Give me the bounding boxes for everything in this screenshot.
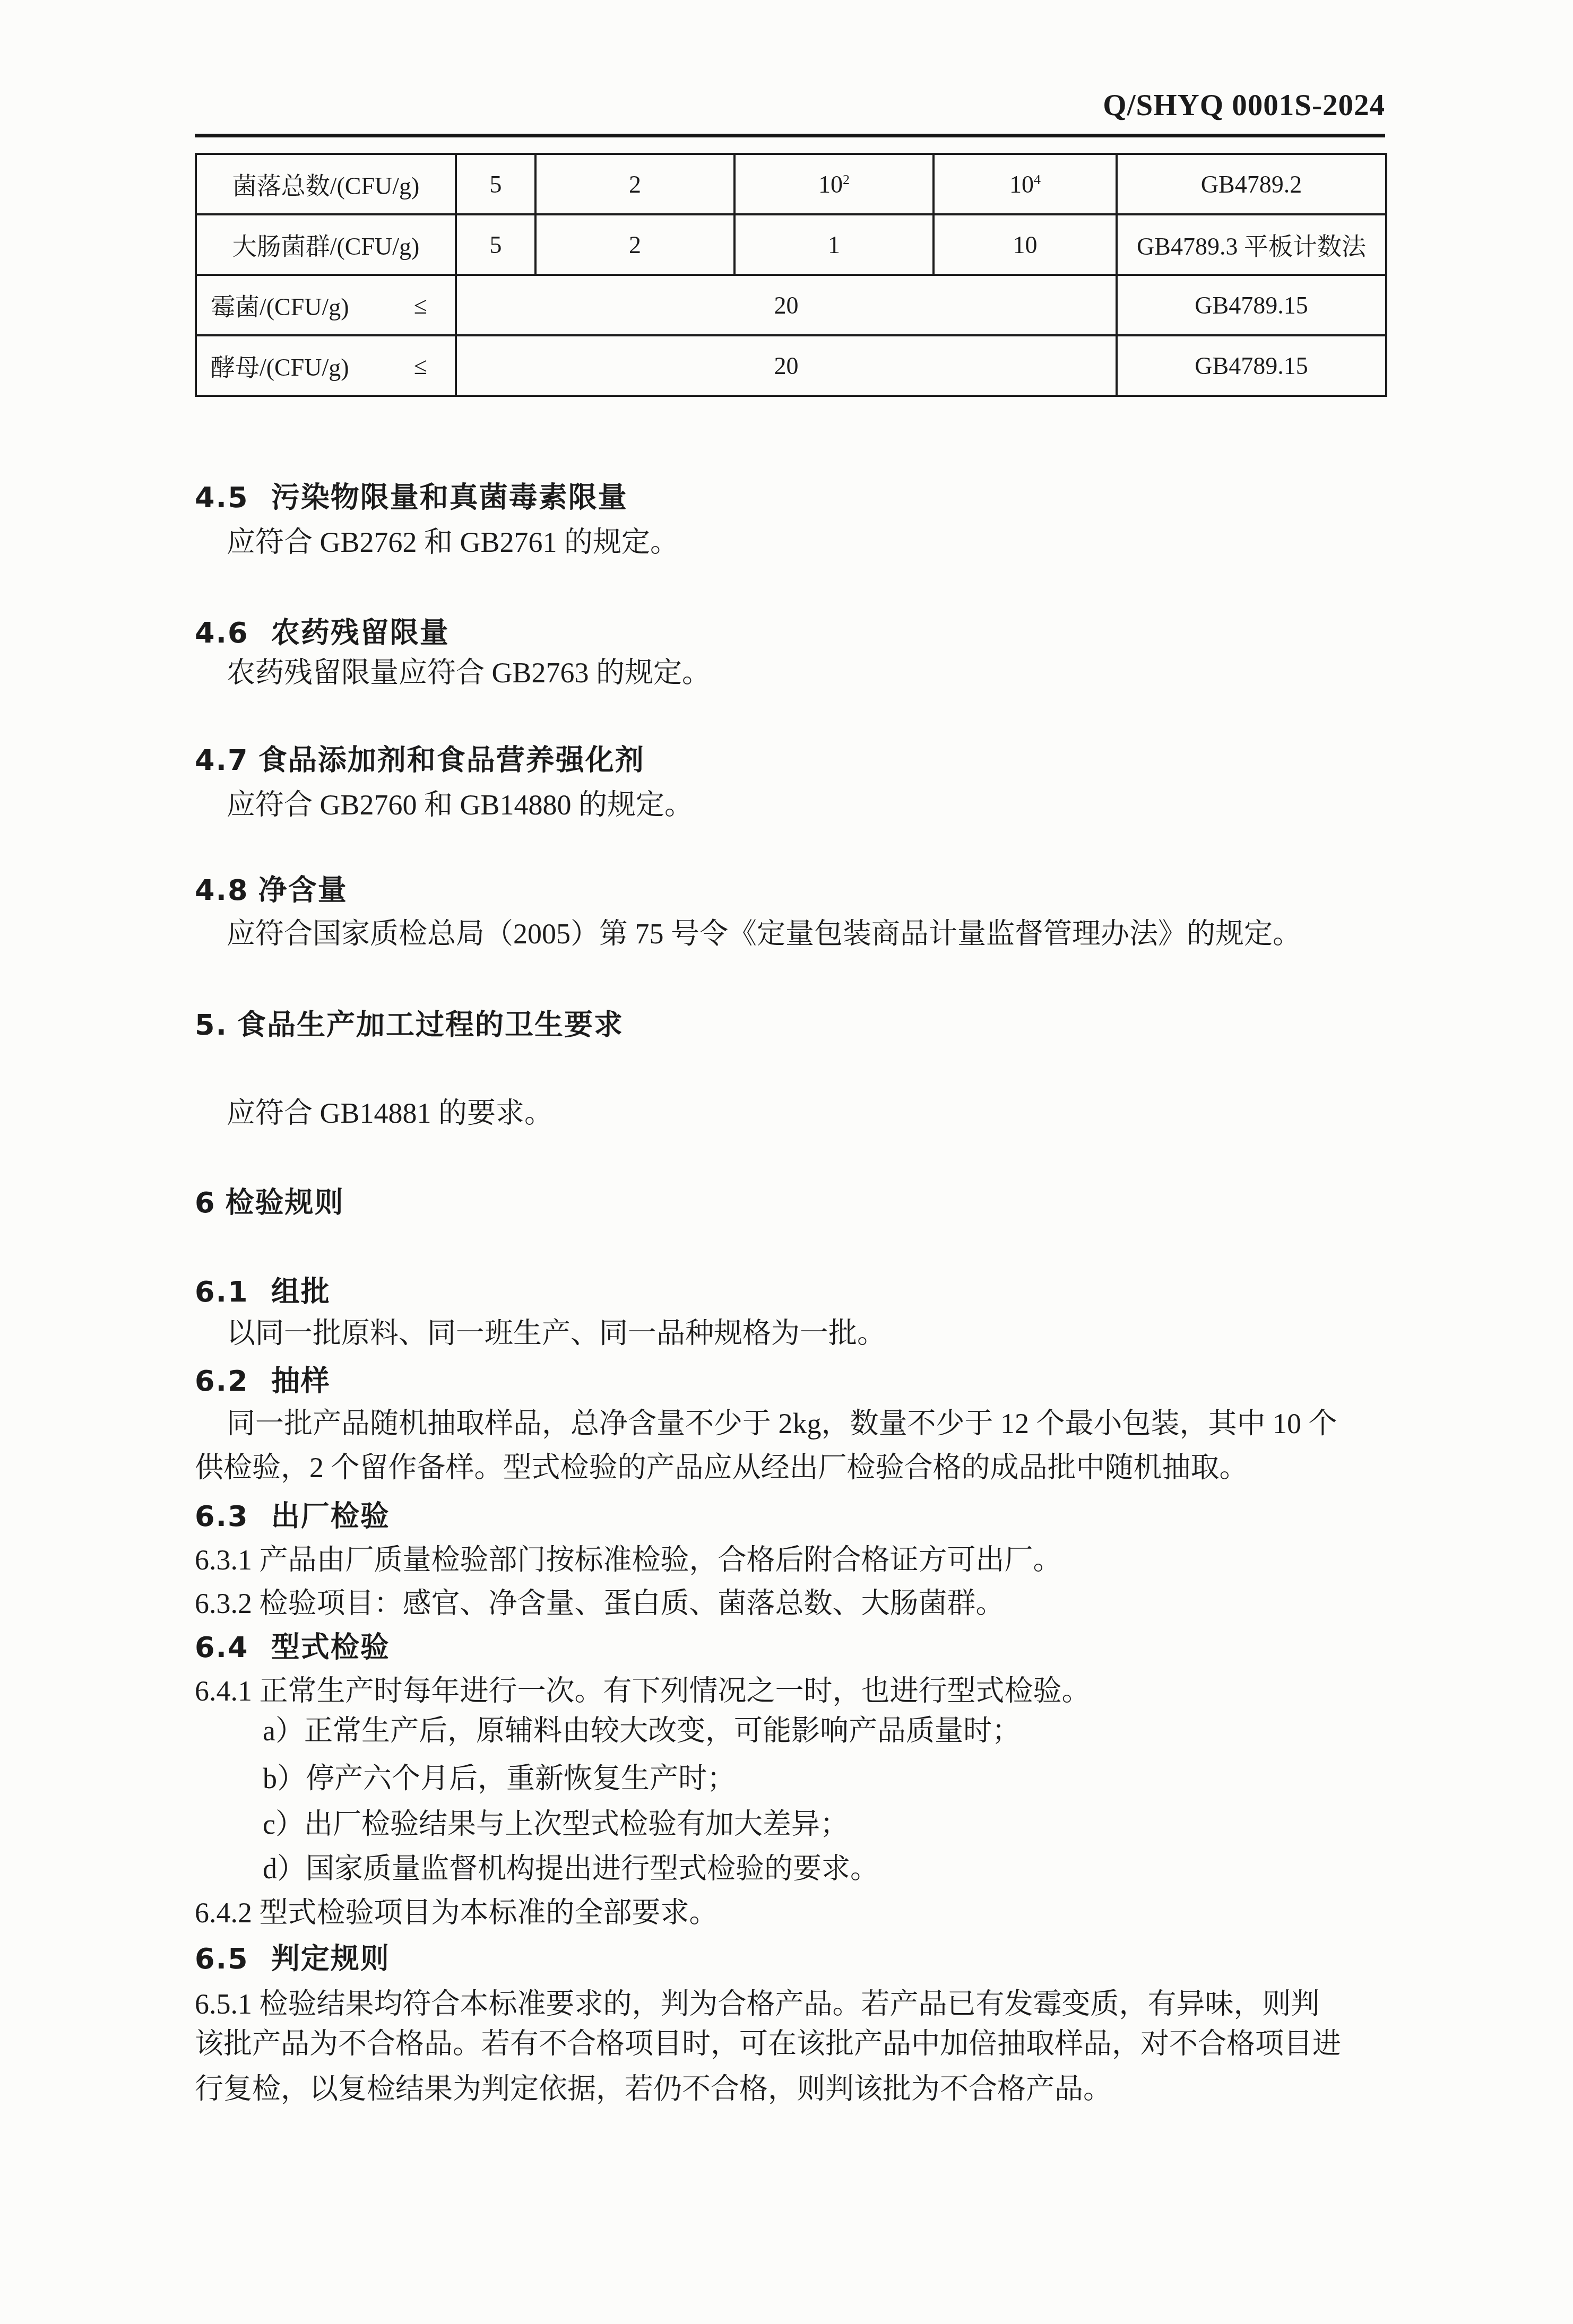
table-row-mold: 霉菌/(CFU/g) ≤ 20 GB4789.15 (196, 275, 1386, 335)
item-name: 霉菌/(CFU/g) (211, 288, 349, 323)
M-base: 10 (1009, 171, 1034, 198)
clause-6-5-1-line2: 该批产品为不合格品。若有不合格项目时，可在该批产品中加倍抽取样品，对不合格项目进 (195, 2022, 1341, 2066)
section-4-5-heading: 4.5污染物限量和真菌毒素限量 (195, 475, 628, 520)
table-row-yeast: 酵母/(CFU/g) ≤ 20 GB4789.15 (196, 335, 1386, 396)
M-cell: 104 (934, 154, 1117, 214)
clause-6-5-1-line1: 6.5.1 检验结果均符合本标准要求的，判为合格产品。若产品已有发霉变质，有异味… (195, 1982, 1320, 2026)
section-title: 食品生产加工过程的卫生要求 (237, 1008, 624, 1042)
section-6-heading: 6检验规则 (195, 1181, 344, 1225)
section-4-7-heading: 4.7食品添加剂和食品营养强化剂 (195, 738, 645, 783)
section-number: 6 (195, 1186, 216, 1219)
n-cell: 5 (456, 154, 535, 214)
section-title: 食品添加剂和食品营养强化剂 (258, 743, 645, 777)
section-4-8-heading: 4.8净含量 (195, 868, 348, 913)
section-number: 4.6 (195, 616, 249, 649)
section-number: 4.5 (195, 481, 249, 514)
section-number: 6.3 (195, 1499, 249, 1533)
clause-6-4-1: 6.4.1 正常生产时每年进行一次。有下列情况之一时，也进行型式检验。 (195, 1669, 1091, 1713)
standard-code: Q/SHYQ 0001S-2024 (195, 88, 1385, 123)
section-number: 5. (195, 1008, 228, 1042)
section-6-2-body-line2: 供检验，2 个留作备样。型式检验的产品应从经出厂检验合格的成品批中随机抽取。 (195, 1445, 1248, 1490)
section-6-5-heading: 6.5判定规则 (195, 1937, 390, 1981)
n-cell: 5 (456, 214, 535, 275)
item-name-cell: 大肠菌群/(CFU/g) (196, 214, 456, 275)
section-4-7-body: 应符合 GB2760 和 GB14880 的规定。 (227, 783, 693, 827)
section-title: 组批 (271, 1275, 331, 1308)
m-base: 10 (818, 171, 843, 198)
method-cell: GB4789.15 (1117, 335, 1386, 396)
section-5-heading: 5.食品生产加工过程的卫生要求 (195, 1003, 624, 1047)
item-name: 酵母/(CFU/g) (211, 348, 349, 383)
limit-value-cell: 20 (456, 275, 1117, 335)
section-title: 型式检验 (271, 1631, 390, 1664)
section-4-6-body: 农药残留限量应符合 GB2763 的规定。 (227, 651, 711, 695)
item-name-cell: 霉菌/(CFU/g) ≤ (196, 275, 456, 335)
section-title: 净含量 (258, 873, 348, 907)
clause-6-3-2: 6.3.2 检验项目：感官、净含量、蛋白质、菌落总数、大肠菌群。 (195, 1581, 1005, 1626)
section-6-2-body-line1: 同一批产品随机抽取样品，总净含量不少于 2kg，数量不少于 12 个最小包装，其… (227, 1401, 1337, 1446)
section-4-6-heading: 4.6农药残留限量 (195, 611, 450, 655)
section-number: 6.1 (195, 1275, 249, 1308)
header-rule (195, 134, 1385, 137)
method-cell: GB4789.3 平板计数法 (1117, 214, 1386, 275)
m-superscript: 2 (843, 171, 850, 187)
microbiological-limits-table: 菌落总数/(CFU/g) 5 2 102 104 GB4789.2 大肠菌群/(… (195, 153, 1387, 397)
section-title: 检验规则 (226, 1186, 344, 1219)
section-6-1-body: 以同一批原料、同一班生产、同一品种规格为一批。 (227, 1311, 886, 1356)
c-cell: 2 (535, 214, 734, 275)
item-name-cell: 菌落总数/(CFU/g) (196, 154, 456, 214)
section-title: 抽样 (271, 1364, 331, 1398)
section-5-body: 应符合 GB14881 的要求。 (227, 1091, 553, 1135)
method-cell: GB4789.2 (1117, 154, 1386, 214)
section-number: 4.7 (195, 743, 249, 777)
table-row-total-plate-count: 菌落总数/(CFU/g) 5 2 102 104 GB4789.2 (196, 154, 1386, 214)
c-cell: 2 (535, 154, 734, 214)
clause-6-5-1-line3: 行复检，以复检结果为判定依据，若仍不合格，则判该批为不合格产品。 (195, 2067, 1112, 2111)
limit-value-cell: 20 (456, 335, 1117, 396)
M-superscript: 4 (1034, 171, 1041, 187)
section-title: 出厂检验 (271, 1499, 390, 1533)
less-equal-symbol: ≤ (414, 291, 427, 319)
table-row-coliform: 大肠菌群/(CFU/g) 5 2 1 10 GB4789.3 平板计数法 (196, 214, 1386, 275)
m-cell: 102 (734, 154, 934, 214)
clause-6-4-2: 6.4.2 型式检验项目为本标准的全部要求。 (195, 1891, 718, 1935)
section-number: 6.5 (195, 1942, 249, 1975)
section-title: 农药残留限量 (271, 616, 450, 649)
document-page: Q/SHYQ 0001S-2024 菌落总数/(CFU/g) 5 2 102 1… (0, 0, 1573, 2324)
list-item-a: a）正常生产后，原辅料由较大改变，可能影响产品质量时； (263, 1709, 1021, 1753)
list-item-b: b）停产六个月后，重新恢复生产时； (263, 1756, 736, 1801)
list-item-d: d）国家质量监督机构提出进行型式检验的要求。 (263, 1846, 879, 1891)
clause-6-3-1: 6.3.1 产品由厂质量检验部门按标准检验，合格后附合格证方可出厂。 (195, 1538, 1062, 1582)
section-number: 4.8 (195, 873, 249, 907)
section-title: 污染物限量和真菌毒素限量 (271, 481, 628, 514)
section-6-4-heading: 6.4型式检验 (195, 1625, 390, 1670)
item-name-cell: 酵母/(CFU/g) ≤ (196, 335, 456, 396)
section-number: 6.4 (195, 1631, 249, 1664)
section-4-8-body: 应符合国家质检总局（2005）第 75 号令《定量包装商品计量监督管理办法》的规… (227, 912, 1301, 956)
section-6-2-heading: 6.2抽样 (195, 1359, 331, 1403)
list-item-c: c）出厂检验结果与上次型式检验有加大差异； (263, 1802, 849, 1846)
section-title: 判定规则 (271, 1942, 390, 1975)
section-6-3-heading: 6.3出厂检验 (195, 1494, 390, 1539)
M-cell: 10 (934, 214, 1117, 275)
m-cell: 1 (734, 214, 934, 275)
less-equal-symbol: ≤ (414, 352, 427, 380)
method-cell: GB4789.15 (1117, 275, 1386, 335)
section-4-5-body: 应符合 GB2762 和 GB2761 的规定。 (227, 520, 679, 565)
section-6-1-heading: 6.1组批 (195, 1270, 331, 1314)
section-number: 6.2 (195, 1364, 249, 1398)
